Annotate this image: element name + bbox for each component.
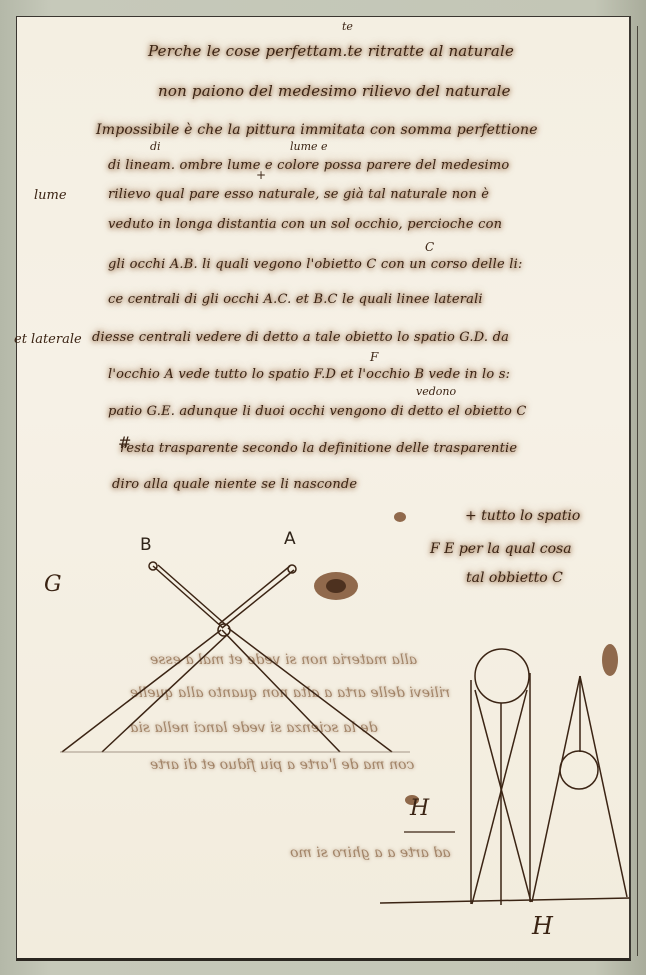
figure-label-H-mid: H	[410, 796, 429, 821]
figure-label-A: A	[284, 529, 296, 549]
diagram-layer	[0, 0, 646, 975]
figure-label-H-bottom: H	[532, 912, 553, 940]
figure-right-cone-diagrams	[380, 649, 630, 905]
ink-blots	[314, 512, 618, 805]
figure-label-G: G	[44, 572, 62, 597]
figure-label-B: B	[140, 535, 152, 555]
figure-left-crossing-rays	[60, 562, 410, 752]
